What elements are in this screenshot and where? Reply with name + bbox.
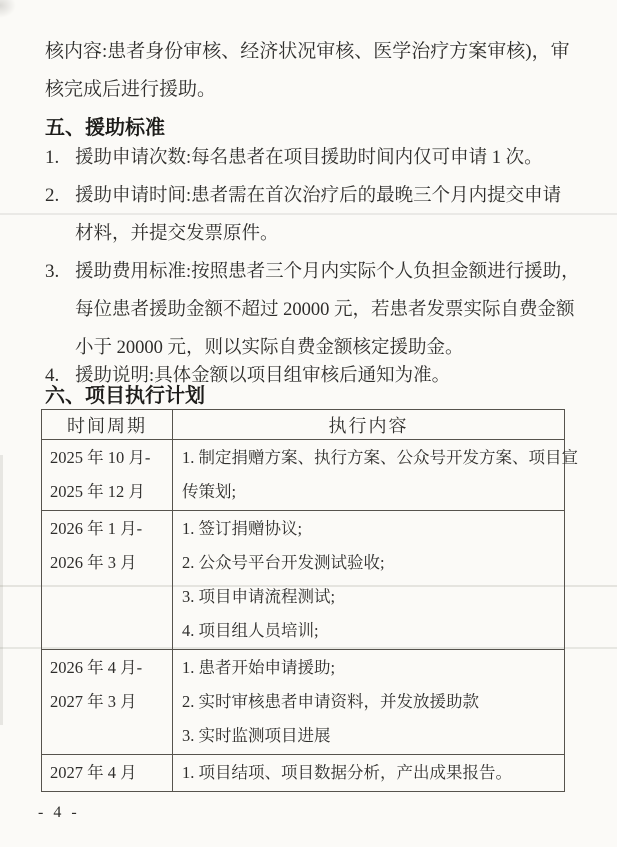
content-cell: 1. 患者开始申请援助;2. 实时审核患者申请资料，并发放援助款3. 实时监测项… [173,650,565,755]
text-line: 2. 实时审核患者申请资料，并发放援助款 [182,685,564,719]
period-cell: 2026 年 1 月-2026 年 3 月 [42,511,173,650]
text-line: 援助说明:具体金额以项目组审核后通知为准。 [75,357,575,395]
text-line: 2027 年 3 月 [50,685,172,719]
list-item-number: 3. [45,253,59,291]
text-line: 2025 年 10 月- [50,441,172,475]
text-line: 援助申请次数:每名患者在项目援助时间内仅可申请 1 次。 [75,139,575,177]
list-item-text: 援助申请次数:每名患者在项目援助时间内仅可申请 1 次。 [75,139,575,177]
text-line: 每位患者援助金额不超过 20000 元，若患者发票实际自费金额 [75,291,575,329]
list-item-1: 1. 援助申请次数:每名患者在项目援助时间内仅可申请 1 次。 [45,139,575,177]
list-item-number: 1. [45,139,59,177]
text-line: 4. 项目组人员培训; [182,614,564,648]
list-item-number: 4. [45,357,59,395]
table-header-content: 执行内容 [173,410,565,440]
aid-standards-list: 1. 援助申请次数:每名患者在项目援助时间内仅可申请 1 次。 2. 援助申请时… [45,139,575,395]
intro-paragraph: 核内容:患者身份审核、经济状况审核、医学治疗方案审核)，审核完成后进行援助。 [45,33,575,109]
table-row-2025: 2025 年 10 月-2025 年 12 月 1. 制定捐赠方案、执行方案、公… [42,440,565,511]
text-line: 1. 制定捐赠方案、执行方案、公众号开发方案、项目宣 [182,441,564,475]
list-item-text: 援助费用标准:按照患者三个月内实际个人负担金额进行援助，每位患者援助金额不超过 … [75,253,575,367]
scan-edge-shadow [0,455,3,725]
period-cell: 2026 年 4 月-2027 年 3 月 [42,650,173,755]
scan-corner-smudge [0,0,16,18]
text-line: 2027 年 4 月 [50,756,172,790]
table-header-period: 时间周期 [42,410,173,440]
text-line: 2026 年 1 月- [50,512,172,546]
content-cell: 1. 制定捐赠方案、执行方案、公众号开发方案、项目宣传策划; [173,440,565,511]
list-item-2: 2. 援助申请时间:患者需在首次治疗后的最晚三个月内提交申请材料，并提交发票原件… [45,177,575,253]
list-item-text: 援助申请时间:患者需在首次治疗后的最晚三个月内提交申请材料，并提交发票原件。 [75,177,575,253]
text-line: 援助申请时间:患者需在首次治疗后的最晚三个月内提交申请 [75,177,575,215]
scanned-document-page: 核内容:患者身份审核、经济状况审核、医学治疗方案审核)，审核完成后进行援助。 五… [0,0,617,847]
text-line: 2025 年 12 月 [50,475,172,509]
text-line: 核内容:患者身份审核、经济状况审核、医学治疗方案审核)，审 [45,33,575,71]
execution-plan-table: 时间周期 执行内容 2025 年 10 月-2025 年 12 月 1. 制定捐… [41,409,565,792]
text-line: 1. 患者开始申请援助; [182,651,564,685]
list-item-text: 援助说明:具体金额以项目组审核后通知为准。 [75,357,575,395]
text-line: 2. 公众号平台开发测试验收; [182,546,564,580]
text-line: 援助费用标准:按照患者三个月内实际个人负担金额进行援助， [75,253,575,291]
list-item-number: 2. [45,177,59,215]
text-line: 3. 实时监测项目进展 [182,719,564,753]
text-line: 3. 项目申请流程测试; [182,580,564,614]
text-line: 1. 项目结项、项目数据分析，产出成果报告。 [182,756,564,790]
table-row-2026-2027: 2026 年 4 月-2027 年 3 月 1. 患者开始申请援助;2. 实时审… [42,650,565,755]
page-number: - 4 - [38,804,575,822]
text-line: 2026 年 4 月- [50,651,172,685]
list-item-4: 4. 援助说明:具体金额以项目组审核后通知为准。 [45,357,575,395]
text-line: 2026 年 3 月 [50,546,172,580]
content-cell: 1. 签订捐赠协议;2. 公众号平台开发测试验收;3. 项目申请流程测试;4. … [173,511,565,650]
period-cell: 2027 年 4 月 [42,755,173,792]
content-cell: 1. 项目结项、项目数据分析，产出成果报告。 [173,755,565,792]
table-row-2026q1: 2026 年 1 月-2026 年 3 月 1. 签订捐赠协议;2. 公众号平台… [42,511,565,650]
text-line: 1. 签订捐赠协议; [182,512,564,546]
text-line: 核完成后进行援助。 [45,71,575,109]
table-header-row: 时间周期 执行内容 [42,410,565,440]
period-cell: 2025 年 10 月-2025 年 12 月 [42,440,173,511]
table-row-2027: 2027 年 4 月 1. 项目结项、项目数据分析，产出成果报告。 [42,755,565,792]
document-body: 核内容:患者身份审核、经济状况审核、医学治疗方案审核)，审核完成后进行援助。 五… [45,33,575,822]
text-line: 材料，并提交发票原件。 [75,215,575,253]
list-item-3: 3. 援助费用标准:按照患者三个月内实际个人负担金额进行援助，每位患者援助金额不… [45,253,575,367]
text-line: 传策划; [182,475,564,509]
